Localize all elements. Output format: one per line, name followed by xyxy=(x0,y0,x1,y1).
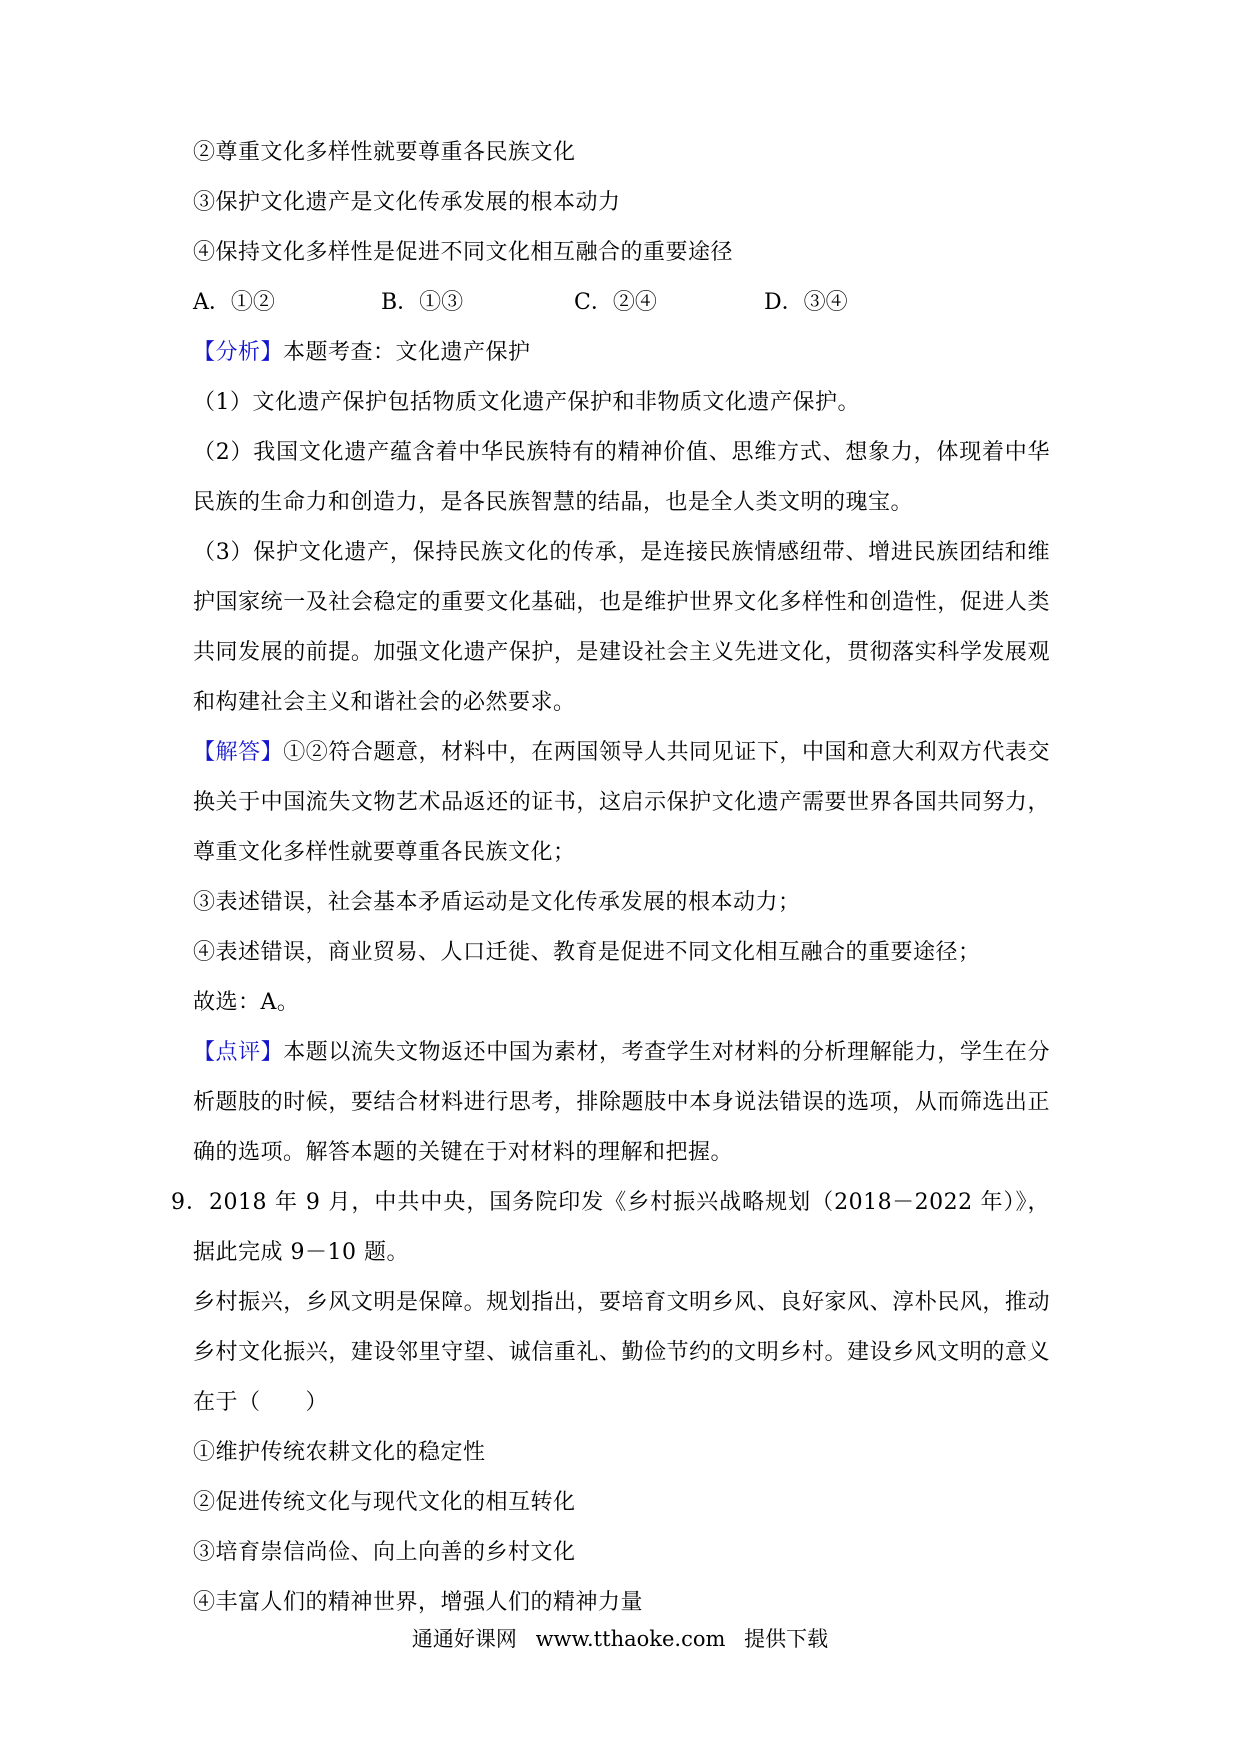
answer-main-text: ①②符合题意，材料中，在两国领导人共同见证下，中国和意大利双方代表交换关于中国流… xyxy=(193,740,1050,865)
analysis-paragraph: 【分析】本题考查：文化遗产保护 xyxy=(193,328,1050,378)
question9-option-3: ③培育崇信尚俭、向上向善的乡村文化 xyxy=(193,1528,1050,1578)
choice-c: C．②④ xyxy=(574,278,764,328)
answer-paragraph: 【解答】①②符合题意，材料中，在两国领导人共同见证下，中国和意大利双方代表交换关… xyxy=(193,728,1050,878)
question9-number: 9． xyxy=(171,1190,209,1215)
analysis-point-1: （1）文化遗产保护包括物质文化遗产保护和非物质文化遗产保护。 xyxy=(193,378,1050,428)
comment-label: 【点评】 xyxy=(193,1040,283,1065)
question9-option-2: ②促进传统文化与现代文化的相互转化 xyxy=(193,1478,1050,1528)
page-footer: 通通好课网 www.tthaoke.com 提供下载 xyxy=(0,1624,1240,1654)
question9-stem: 9．2018 年 9 月，中共中央，国务院印发《乡村振兴战略规划（2018－20… xyxy=(193,1178,1050,1278)
option-line-4: ④保持文化多样性是促进不同文化相互融合的重要途径 xyxy=(193,228,1050,278)
question9-material: 乡村振兴，乡风文明是保障。规划指出，要培育文明乡风、良好家风、淳朴民风，推动乡村… xyxy=(193,1278,1050,1428)
question9-stem-text: 2018 年 9 月，中共中央，国务院印发《乡村振兴战略规划（2018－2022… xyxy=(193,1190,1050,1265)
choice-d: D．③④ xyxy=(764,278,1050,328)
answer-line-3: ③表述错误，社会基本矛盾运动是文化传承发展的根本动力； xyxy=(193,878,1050,928)
analysis-point-2: （2）我国文化遗产蕴含着中华民族特有的精神价值、思维方式、想象力，体现着中华民族… xyxy=(193,428,1050,528)
document-content: ②尊重文化多样性就要尊重各民族文化 ③保护文化遗产是文化传承发展的根本动力 ④保… xyxy=(193,128,1050,1628)
footer-suffix: 提供下载 xyxy=(744,1627,828,1651)
option-line-2: ②尊重文化多样性就要尊重各民族文化 xyxy=(193,128,1050,178)
question9-option-1: ①维护传统农耕文化的稳定性 xyxy=(193,1428,1050,1478)
question9-option-4: ④丰富人们的精神世界，增强人们的精神力量 xyxy=(193,1578,1050,1628)
choice-b: B．①③ xyxy=(381,278,574,328)
answer-choices-row: A．①② B．①③ C．②④ D．③④ xyxy=(193,278,1050,328)
comment-paragraph: 【点评】本题以流失文物返还中国为素材，考查学生对材料的分析理解能力，学生在分析题… xyxy=(193,1028,1050,1178)
answer-label: 【解答】 xyxy=(193,740,283,765)
analysis-label: 【分析】 xyxy=(193,340,283,365)
document-page: ②尊重文化多样性就要尊重各民族文化 ③保护文化遗产是文化传承发展的根本动力 ④保… xyxy=(0,0,1240,1754)
comment-text: 本题以流失文物返还中国为素材，考查学生对材料的分析理解能力，学生在分析题肢的时候… xyxy=(193,1040,1050,1165)
option-line-3: ③保护文化遗产是文化传承发展的根本动力 xyxy=(193,178,1050,228)
footer-site-name: 通通好课网 xyxy=(412,1627,517,1651)
choice-a: A．①② xyxy=(193,278,381,328)
footer-url: www.tthaoke.com xyxy=(536,1627,726,1651)
analysis-point-3: （3）保护文化遗产，保持民族文化的传承，是连接民族情感纽带、增进民族团结和维护国… xyxy=(193,528,1050,728)
answer-line-4: ④表述错误，商业贸易、人口迁徙、教育是促进不同文化相互融合的重要途径； xyxy=(193,928,1050,978)
analysis-intro: 本题考查：文化遗产保护 xyxy=(283,340,531,365)
answer-conclusion: 故选：A。 xyxy=(193,978,1050,1028)
